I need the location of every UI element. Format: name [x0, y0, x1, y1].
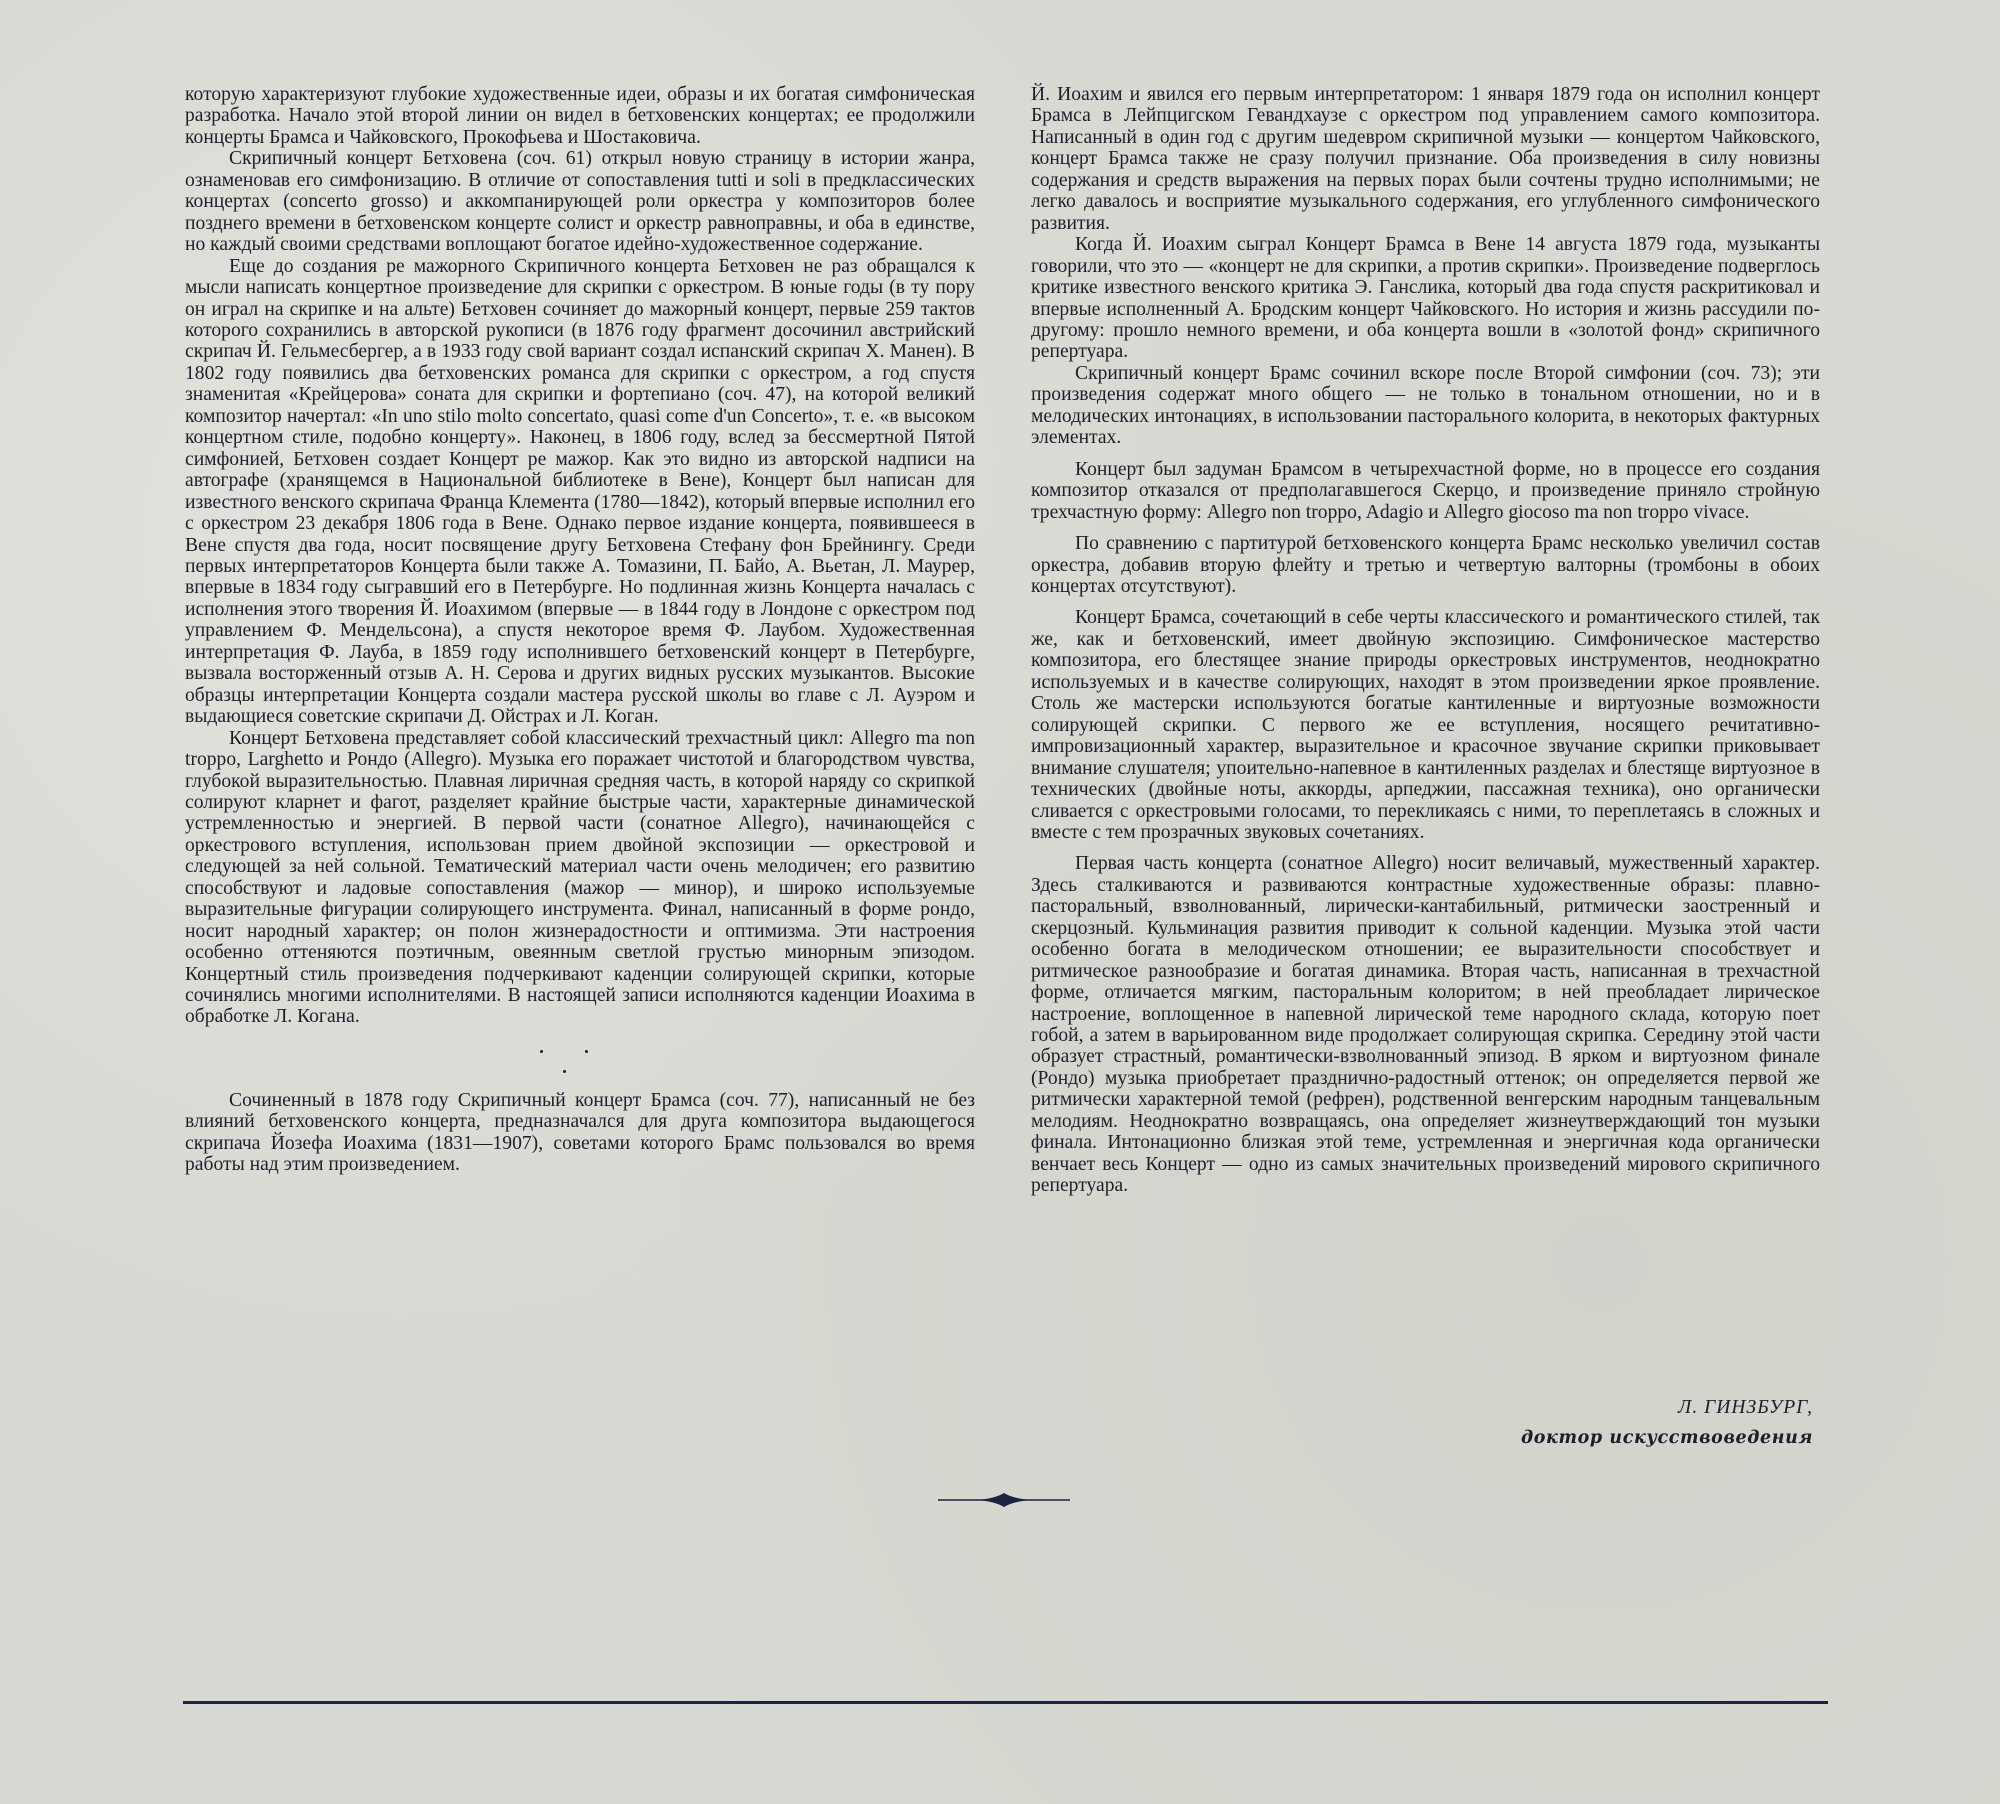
paragraph: Еще до создания ре мажорного Скрипичного…: [185, 256, 975, 728]
paragraph: которую характеризуют глубокие художеств…: [185, 84, 975, 148]
separator-dot: [563, 1070, 566, 1073]
paragraph: Концерт Брамса, сочетающий в себе черты …: [1031, 607, 1820, 843]
section-separator: [185, 1028, 975, 1090]
left-column: которую характеризуют глубокие художеств…: [185, 84, 975, 1176]
paragraph: Концерт Бетховена представляет собой кла…: [185, 728, 975, 1028]
separator-dot: [540, 1050, 543, 1053]
paragraph: Когда Й. Иоахим сыграл Концерт Брамса в …: [1031, 234, 1820, 363]
paragraph: Й. Иоахим и явился его первым интерпрета…: [1031, 84, 1820, 234]
bottom-rule: [183, 1701, 1828, 1704]
paragraph: Скрипичный концерт Бетховена (соч. 61) о…: [185, 148, 975, 255]
paragraph: Первая часть концерта (сонатное Allegro)…: [1031, 853, 1820, 1196]
author-name: Л. ГИНЗБУРГ,: [1521, 1393, 1813, 1423]
author-credential: доктор искусствоведения: [1521, 1423, 1813, 1453]
paragraph: Сочиненный в 1878 году Скрипичный концер…: [185, 1090, 975, 1176]
right-column: Й. Иоахим и явился его первым интерпрета…: [1031, 84, 1820, 1197]
diamond-ornament-icon: [938, 1490, 1070, 1510]
paragraph: Скрипичный концерт Брамс сочинил вскоре …: [1031, 363, 1820, 449]
paragraph: Концерт был задуман Брамсом в четырехчас…: [1031, 459, 1820, 523]
signature: Л. ГИНЗБУРГ, доктор искусствоведения: [1521, 1393, 1813, 1453]
separator-dot: [585, 1050, 588, 1053]
paragraph: По сравнению с партитурой бетховенского …: [1031, 533, 1820, 597]
